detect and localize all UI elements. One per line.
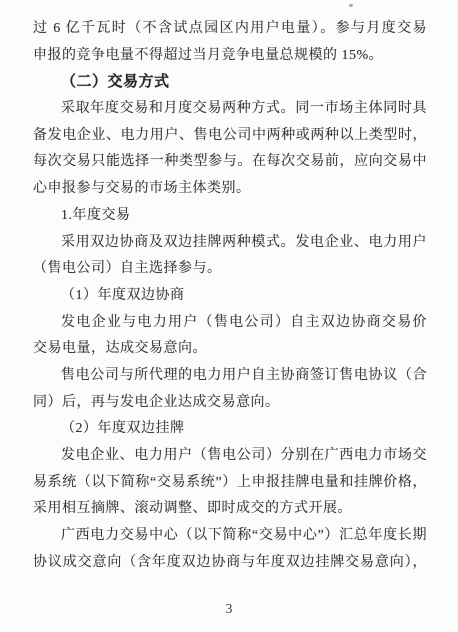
document-page: 过 6 亿千瓦时（不含试点园区内用户电量）。参与月度交易时，申报的竞争电量不得超… (0, 0, 458, 632)
text-line: （二）交易方式 (33, 69, 427, 96)
text-line: 广西电力交易中心（以下简称“交易中心”）汇总年度长期 (33, 523, 427, 550)
text-line: 每次交易只能选择一种类型参与。在每次交易前，应向交易中 (33, 149, 427, 176)
page-number: 3 (0, 601, 458, 617)
text-line: 1.年度交易 (33, 203, 427, 230)
text-line: 采取年度交易和月度交易两种方式。同一市场主体同时具 (33, 96, 427, 123)
text-line: 心申报参与交易的市场主体类别。 (33, 176, 427, 203)
scan-artifact (349, 4, 353, 7)
text-line: 备发电企业、电力用户、售电公司中两种或两种以上类型时， (33, 123, 427, 150)
text-line: 易系统（以下简称“交易系统”）上申报挂牌电量和挂牌价格， (33, 470, 427, 497)
text-line: （1）年度双边协商 (33, 283, 427, 310)
text-line: 发电企业、电力用户（售电公司）分别在广西电力市场交 (33, 443, 427, 470)
text-line: （售电公司）自主选择参与。 (33, 256, 427, 283)
text-line: 售电公司与所代理的电力用户自主协商签订售电协议（合 (33, 363, 427, 390)
text-line: 采用双边协商及双边挂牌两种模式。发电企业、电力用户 (33, 230, 427, 257)
text-line: 协议成交意向（含年度双边协商与年度双边挂牌交易意向），交 (33, 550, 427, 577)
text-line: 申报的竞争电量不得超过当月竞争电量总规模的 15%。 (33, 43, 427, 70)
text-line: 发电企业与电力用户（售电公司）自主双边协商交易价格、 (33, 310, 427, 337)
text-line: 交易电量，达成交易意向。 (33, 336, 427, 363)
text-line: （2）年度双边挂牌 (33, 416, 427, 443)
text-lines: 过 6 亿千瓦时（不含试点园区内用户电量）。参与月度交易时，申报的竞争电量不得超… (33, 16, 427, 576)
text-line: 过 6 亿千瓦时（不含试点园区内用户电量）。参与月度交易时， (33, 16, 427, 43)
text-line: 采用相互摘牌、滚动调整、即时成交的方式开展。 (33, 496, 427, 523)
text-line: 同）后，再与发电企业达成交易意向。 (33, 390, 427, 417)
